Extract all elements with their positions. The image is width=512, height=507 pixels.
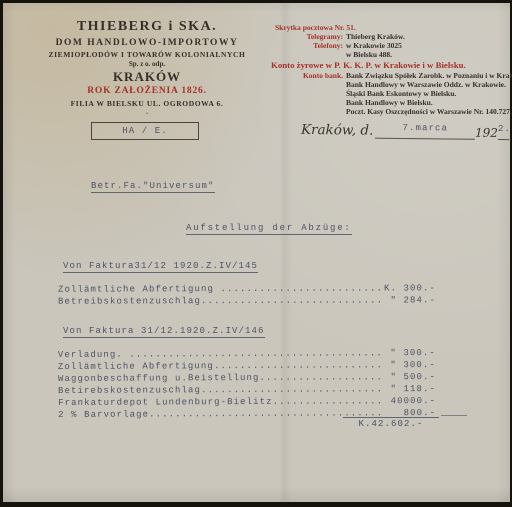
paper-sheet: THIEBERG i SKA. DOM HANDLOWO-IMPORTOWY Z… xyxy=(3,3,510,502)
date-line: Kraków, d. 7.marca 192 2. xyxy=(301,122,511,140)
bank-line: Bank Handlowy w Warszawie Oddz. w Krakow… xyxy=(346,80,506,89)
charge-amount: " 118.- xyxy=(384,384,436,394)
banks-label-spacer xyxy=(271,89,346,98)
invoice-section-title: Von Faktura31/12 1920.Z.IV/145 xyxy=(63,261,258,273)
subject-line: Betr.Fa."Universum" xyxy=(91,181,215,193)
company-founded: ROK ZAŁOŻENIA 1826. xyxy=(31,86,263,96)
phones-label: Telefony: xyxy=(271,41,346,50)
company-name: THIEBERG i SKA. xyxy=(31,19,263,35)
charge-amount: " 300.- xyxy=(384,360,436,370)
charge-label: 2 % Barvorlage xyxy=(58,410,149,420)
charge-label: Betirebskostenzuschlag xyxy=(58,385,201,396)
charge-amount: K. 300.- xyxy=(384,283,436,293)
pobox-line: Skrytka pocztowa Nr. 51. xyxy=(271,23,356,32)
telegrams-value: Thieberg Kraków. xyxy=(346,32,405,41)
giro-account-line: Konto żyrowe w P. K. K. P. w Krakowie i … xyxy=(271,61,512,70)
date-typed-value: 7.marca xyxy=(402,123,448,139)
flourish-mark: ⌄ xyxy=(31,109,263,116)
telegrams-label: Telegramy: xyxy=(271,32,346,41)
date-printed-prefix: Kraków, d. xyxy=(301,123,376,139)
charge-label: Betreibskostenzuschlag xyxy=(58,296,201,306)
date-typed-year-suffix: 2. xyxy=(498,124,511,140)
charge-label: Frankaturdepot Lundenburg-Bielitz xyxy=(58,397,273,408)
company-branch: FILIA W BIELSKU UL. OGRODOWA 6. xyxy=(31,99,263,108)
banks-label-spacer xyxy=(271,107,346,116)
banks-label-spacer xyxy=(271,80,346,89)
date-printed-year: 192 xyxy=(475,126,498,140)
grand-total: K.42.602.- xyxy=(343,417,439,429)
charge-amount: 40000.- xyxy=(384,396,436,406)
company-business-line: DOM HANDLOWO-IMPORTOWY xyxy=(31,38,263,48)
invoice-section-rows: Zollämtliche Abfertigung K. 300.- Betrei… xyxy=(58,283,436,308)
reference-code: HA / E. xyxy=(122,126,168,136)
charge-label: Zollämtliche Abfertigung xyxy=(58,284,221,295)
dot-leader xyxy=(259,372,384,383)
dot-leader xyxy=(220,284,383,295)
phones-label-spacer xyxy=(271,50,346,59)
scanned-letter: THIEBERG i SKA. DOM HANDLOWO-IMPORTOWY Z… xyxy=(0,0,512,507)
bank-line: Śląski Bank Eskontowy w Bielsku. xyxy=(346,89,456,98)
dot-leader xyxy=(214,360,384,371)
letterhead-right: Skrytka pocztowa Nr. 51. Telegramy: Thie… xyxy=(271,23,512,116)
invoice-section-rows: Verladung. " 300.- Zollämtliche Abfertig… xyxy=(58,348,436,422)
banks-label-spacer xyxy=(271,98,346,107)
bank-line: Bank Związku Spółek Zarobk. w Poznaniu i… xyxy=(346,71,512,80)
dot-leader xyxy=(129,348,384,359)
company-goods-line: ZIEMIOPŁODÓW I TOWARÓW KOLONIALNYCH xyxy=(31,50,263,59)
list-heading: Aufstellung der Abzüge: xyxy=(186,223,352,235)
dot-leader xyxy=(273,396,385,407)
charge-amount: " 500.- xyxy=(384,372,436,382)
sum-rule-tail xyxy=(441,415,467,416)
letterhead-left: THIEBERG i SKA. DOM HANDLOWO-IMPORTOWY Z… xyxy=(31,19,263,116)
charge-label: Verladung. xyxy=(58,350,130,360)
charge-row: Betreibskostenzuschlag " 284.- xyxy=(58,295,436,308)
charge-amount: " 284.- xyxy=(384,295,436,305)
date-rule xyxy=(375,124,402,139)
charge-label: Zollämtliche Abfertigung xyxy=(58,361,214,372)
phones-value-bielsko: w Bielsku 488. xyxy=(346,50,392,59)
date-rule xyxy=(448,124,475,139)
charge-amount: " 300.- xyxy=(384,348,436,358)
company-city: KRAKÓW xyxy=(31,69,263,85)
dot-leader xyxy=(201,296,384,307)
dot-leader xyxy=(201,384,384,395)
bank-line: Poczt. Kasy Oszczędności w Warszawie Nr.… xyxy=(346,107,512,116)
banks-label: Konto bank. xyxy=(271,71,346,80)
company-legal-form: Sp. z o. odp. xyxy=(31,60,263,68)
invoice-section-title: Von Faktura 31/12.1920.Z.IV/146 xyxy=(63,326,265,338)
charge-label: Waggonbeschaffung u.Beistellung xyxy=(58,373,260,384)
phones-value-krakow: w Krakowie 3025 xyxy=(346,41,402,50)
reference-box: HA / E. xyxy=(91,122,199,140)
bank-line: Bank Handlowy w Bielsku. xyxy=(346,98,433,107)
